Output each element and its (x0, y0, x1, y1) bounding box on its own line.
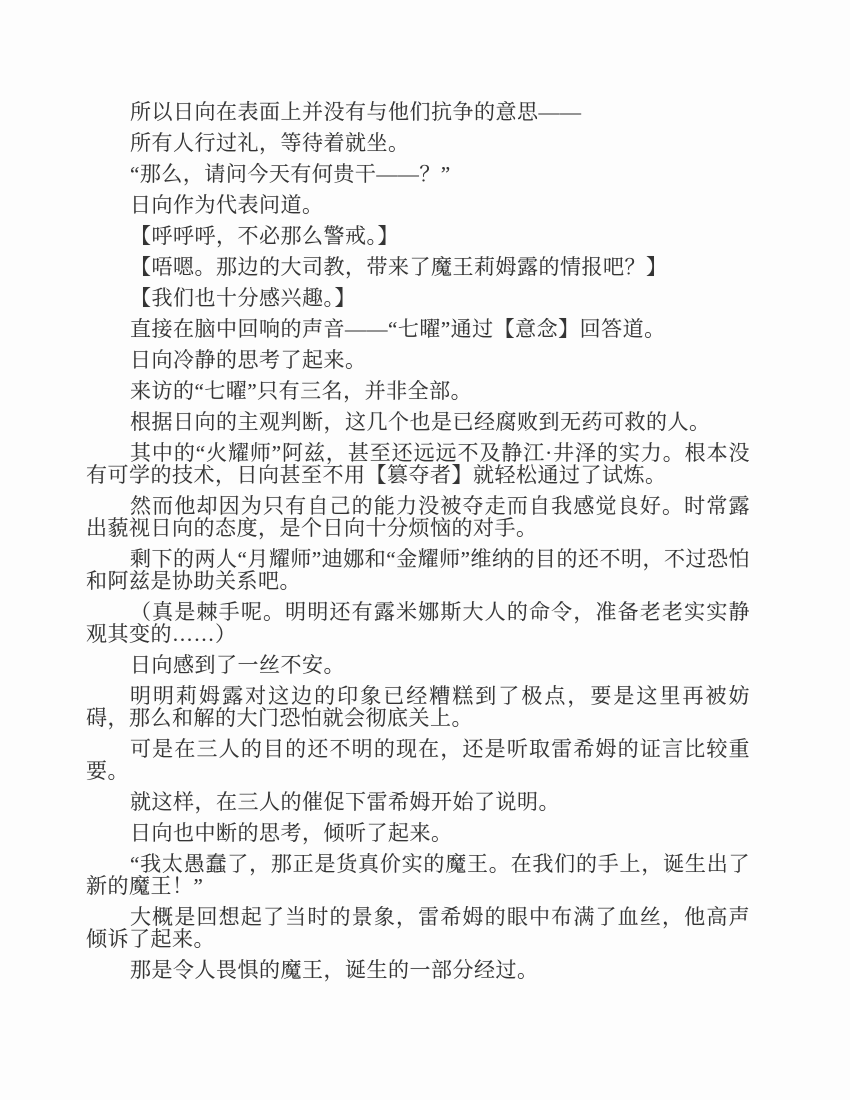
paragraph-21: “我太愚蠢了，那正是货真价实的魔王。在我们的手上，诞生出了新的魔王！” (86, 853, 750, 897)
paragraph-19: 就这样，在三人的催促下雷希姆开始了说明。 (86, 791, 750, 813)
paragraph-17: 明明莉姆露对这边的印象已经糟糕到了极点，要是这里再被妨碍，那么和解的大门恐怕就会… (86, 685, 750, 729)
paragraph-5: 【呼呼呼，不必那么警戒。】 (86, 225, 750, 247)
paragraph-2: 所有人行过礼，等待着就坐。 (86, 132, 750, 154)
paragraph-22: 大概是回想起了当时的景象，雷希姆的眼中布满了血丝，他高声倾诉了起来。 (86, 906, 750, 950)
paragraph-15: （真是棘手呢。明明还有露米娜斯大人的命令，准备老老实实静观其变的……） (86, 601, 750, 645)
paragraph-16: 日向感到了一丝不安。 (86, 654, 750, 676)
paragraph-20: 日向也中断的思考，倾听了起来。 (86, 822, 750, 844)
paragraph-13: 然而他却因为只有自己的能力没被夺走而自我感觉良好。时常露出藐视日向的态度，是个日… (86, 495, 750, 539)
paragraph-9: 日向冷静的思考了起来。 (86, 349, 750, 371)
paragraph-6: 【唔嗯。那边的大司教，带来了魔王莉姆露的情报吧？】 (86, 256, 750, 278)
paragraph-18: 可是在三人的目的还不明的现在，还是听取雷希姆的证言比较重要。 (86, 738, 750, 782)
paragraph-3: “那么，请问今天有何贵干——？” (86, 163, 750, 185)
paragraph-4: 日向作为代表问道。 (86, 194, 750, 216)
novel-page: 所以日向在表面上并没有与他们抗争的意思—— 所有人行过礼，等待着就坐。 “那么，… (0, 0, 850, 1100)
paragraph-8: 直接在脑中回响的声音——“七曜”通过【意念】回答道。 (86, 318, 750, 340)
paragraph-23: 那是令人畏惧的魔王，诞生的一部分经过。 (86, 959, 750, 981)
paragraph-11: 根据日向的主观判断，这几个也是已经腐败到无药可救的人。 (86, 411, 750, 433)
paragraph-7: 【我们也十分感兴趣。】 (86, 287, 750, 309)
paragraph-10: 来访的“七曜”只有三名，并非全部。 (86, 380, 750, 402)
paragraph-1: 所以日向在表面上并没有与他们抗争的意思—— (86, 101, 750, 123)
paragraph-12: 其中的“火耀师”阿兹，甚至还远远不及静江·井泽的实力。根本没有可学的技术，日向甚… (86, 442, 750, 486)
paragraph-14: 剩下的两人“月耀师”迪娜和“金耀师”维纳的目的还不明，不过恐怕和阿兹是协助关系吧… (86, 548, 750, 592)
